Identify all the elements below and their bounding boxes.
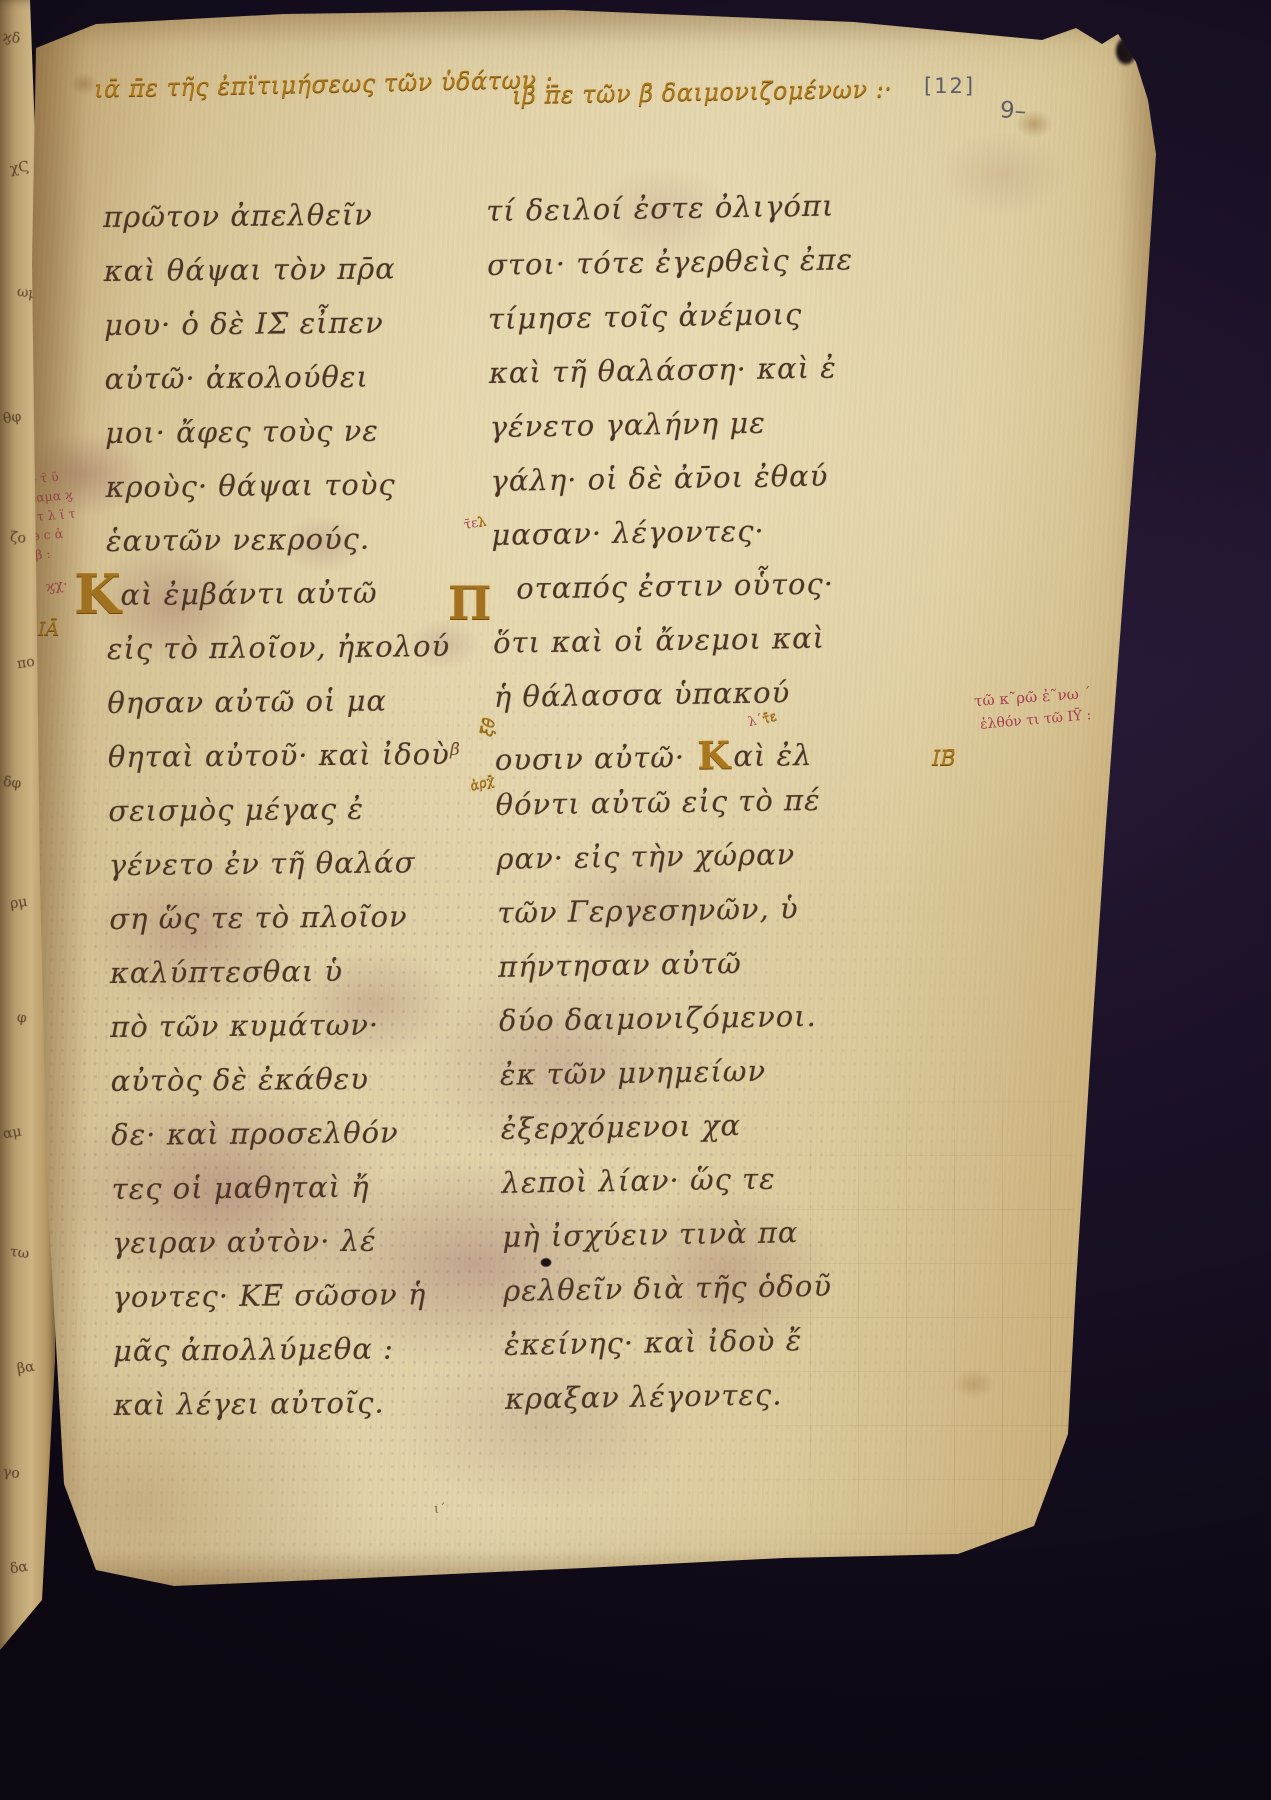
torn-corner-hole — [1110, 30, 1142, 72]
fore-edge-ink-fragment: ϗδ — [2, 29, 21, 47]
fore-edge-ink-fragment: φ — [16, 1009, 28, 1026]
text-segment: ουσιν αὐτῶ· — [495, 740, 696, 777]
text-line: ἐκ τῶν μνημείων — [500, 1051, 921, 1112]
text-line: κραξαν λέγοντες. — [505, 1375, 926, 1436]
fore-edge-ink-fragment: θφ — [2, 409, 23, 428]
ammonian-section-number: ξθ̄ — [476, 716, 498, 738]
manuscript-page: ιᾱ π̄ε τῆς ἐπϊτιμήσεως τῶν ὑδάτων : ιβ̄ … — [24, 4, 1166, 1596]
text-line: κροὺς· θάψαι τοὺς — [105, 467, 485, 524]
fore-edge-ink-fragment: γο — [2, 1464, 21, 1482]
text-column-left: πρῶτον ἀπελθεῖνκαὶ θάψαι τὸν πρ̄αμου· ὁ … — [103, 197, 494, 1442]
text-line: μὴ ἰσχύειν τινὰ πα — [502, 1213, 923, 1274]
text-line: ρελθεῖν διὰ τῆς ὁδοῦ — [503, 1267, 924, 1328]
text-segment: αὶ ἐλ — [733, 738, 813, 773]
text-line: πὸ τῶν κυμάτων· — [110, 1007, 490, 1064]
text-column-right: τί δειλοί ἐστε ὀλιγόπιστοι· τότε ἐγερθεὶ… — [486, 187, 925, 1435]
lection-rubric-line1: τῶ κ῀ρῶ ἐ῀νω ΄ — [974, 684, 1092, 710]
gold-initial-kappa-left: Κ — [74, 562, 121, 626]
text-line: ἡ θάλασσα ὑπακού — [494, 673, 915, 734]
text-line: τῶν Γεργεσηνῶν, ὑ — [497, 889, 918, 950]
chapter-number-ib: ΙΒ̄ — [932, 746, 956, 770]
arche-cross-mark: ϗχ· — [45, 577, 69, 596]
fore-edge-ink-fragment: ρμ — [9, 894, 29, 913]
text-line: αὐτῶ· ἀκολούθει — [104, 359, 484, 416]
gold-initial-inline: Κ — [695, 732, 734, 778]
text-line: γοντες· ΚΕ̄ σῶσον ἡ — [112, 1277, 492, 1334]
text-line: ἐξερχόμενοι χα — [500, 1105, 921, 1166]
text-line: τί δειλοί ἐστε ὀλιγόπι — [486, 187, 907, 248]
text-line: γένετο ἐν τῆ θαλάσ — [109, 845, 489, 902]
text-line: πήντησαν αὐτῶ — [498, 943, 919, 1004]
text-line: ραν· εἰς τὴν χώραν — [496, 835, 917, 896]
fore-edge-ink-fragment: χϚ — [9, 159, 30, 178]
text-line: τες οἱ μαθηταὶ ἤ — [111, 1169, 491, 1226]
text-line: γένετο γαλήνη με — [489, 403, 910, 464]
text-line: ὅτι καὶ οἱ ἄνεμοι καὶ — [493, 619, 914, 680]
text-line: ἐκείνης· καὶ ἰδοὺ ἔ — [504, 1321, 925, 1382]
text-line: καὶ λέγει αὐτοῖς. — [113, 1385, 493, 1442]
page-number-pencil: 9– — [999, 97, 1027, 125]
text-line: καὶ τῆ θαλάσση· καὶ ἐ — [489, 349, 910, 410]
text-line: μου· ὁ δὲ ΙΣ̄ εἶπεν — [104, 305, 484, 362]
fore-edge-ink-fragment: τω — [9, 1244, 30, 1262]
text-line: λεποὶ λίαν· ὥς τε — [501, 1159, 922, 1220]
fore-edge-ink-fragment: δφ — [2, 774, 22, 792]
fore-edge-ink-fragment: πο — [16, 654, 36, 673]
text-line: δε· καὶ προσελθόν — [111, 1115, 491, 1172]
text-line: αὶ ἐμβάντι αὐτῶ — [106, 575, 486, 632]
text-line: τίμησε τοῖς ἀνέμοις — [488, 295, 909, 356]
text-line: σεισμὸς μέγας ἐ — [108, 791, 488, 848]
fore-edge-ink-fragment: αμ — [2, 1124, 23, 1143]
text-line: μᾶς ἀπολλύμεθα : — [113, 1331, 493, 1388]
text-line: καὶ θάψαι τὸν πρ̄α — [103, 251, 483, 308]
text-line: καλύπτεσθαι ὑ — [110, 953, 490, 1010]
text-line: πρῶτον ἀπελθεῖν — [103, 197, 483, 254]
photograph-background: ϗδχϚωμθφζοποδφρμφαμτωβαγοδα ιᾱ π̄ε τῆς ἐ… — [0, 0, 1271, 1800]
running-title-kephalaion-11: ιᾱ π̄ε τῆς ἐπϊτιμήσεως τῶν ὑδάτων : — [94, 65, 554, 103]
text-line: μοι· ἄφες τοὺς νε — [105, 413, 485, 470]
text-line: δύο δαιμονιζόμενοι. — [499, 997, 920, 1058]
text-line: θόντι αὐτῶ εἰς τὸ πέ — [495, 781, 916, 842]
text-line: μασαν· λέγοντες· — [491, 511, 912, 572]
text-line: αὐτὸς δὲ ἐκάθευ — [111, 1061, 491, 1118]
fore-edge-ink-fragment: ζο — [9, 529, 27, 547]
text-line: γειραν αὐτὸν· λέ — [112, 1223, 492, 1280]
text-line: εἰς τὸ πλοῖον, ἠκολού — [107, 629, 487, 686]
text-segment: αὶ ἐμβάντι αὐτῶ — [120, 576, 377, 612]
chapter-number-ia: ΙᾹ — [38, 618, 59, 640]
gold-initial-pi-right: Π — [448, 576, 491, 630]
text-line: θησαν αὐτῶ οἱ μα — [107, 683, 487, 740]
fore-edge-ink-fragment: δα — [9, 1559, 29, 1578]
lection-rubric-line2: ἐλθόν τι τῶ ΙῩ : — [980, 707, 1092, 733]
text-line: ση ὥς τε τὸ πλοῖον — [109, 899, 489, 956]
text-line: θηταὶ αὐτοῦ· καὶ ἰδοὺ — [108, 737, 488, 794]
text-line: οταπός ἐστιν οὗτος· — [492, 565, 913, 626]
text-line: ουσιν αὐτῶ· Καὶ ἐλ — [494, 727, 915, 788]
text-line: γάλη· οἱ δὲ ἀν̄οι ἐθαύ — [490, 457, 911, 518]
folio-number-pencil: [12] — [924, 74, 975, 98]
small-pen-mark: ι΄ — [434, 1502, 446, 1517]
fore-edge-ink-fragment: βα — [16, 1359, 36, 1378]
text-line: στοι· τότε ἐγερθεὶς ἐπε — [487, 241, 908, 302]
text-line: ἑαυτῶν νεκρούς. — [106, 521, 486, 578]
canon-number: β̄ — [450, 740, 460, 760]
telos-gold-part: λ — [476, 514, 487, 530]
text-segment: οταπός ἐστιν οὗτος· — [516, 567, 834, 606]
running-title-kephalaion-12: ιβ̄ π̄ε τῶν β̄ δαιμονιζομένων :· — [512, 75, 893, 110]
